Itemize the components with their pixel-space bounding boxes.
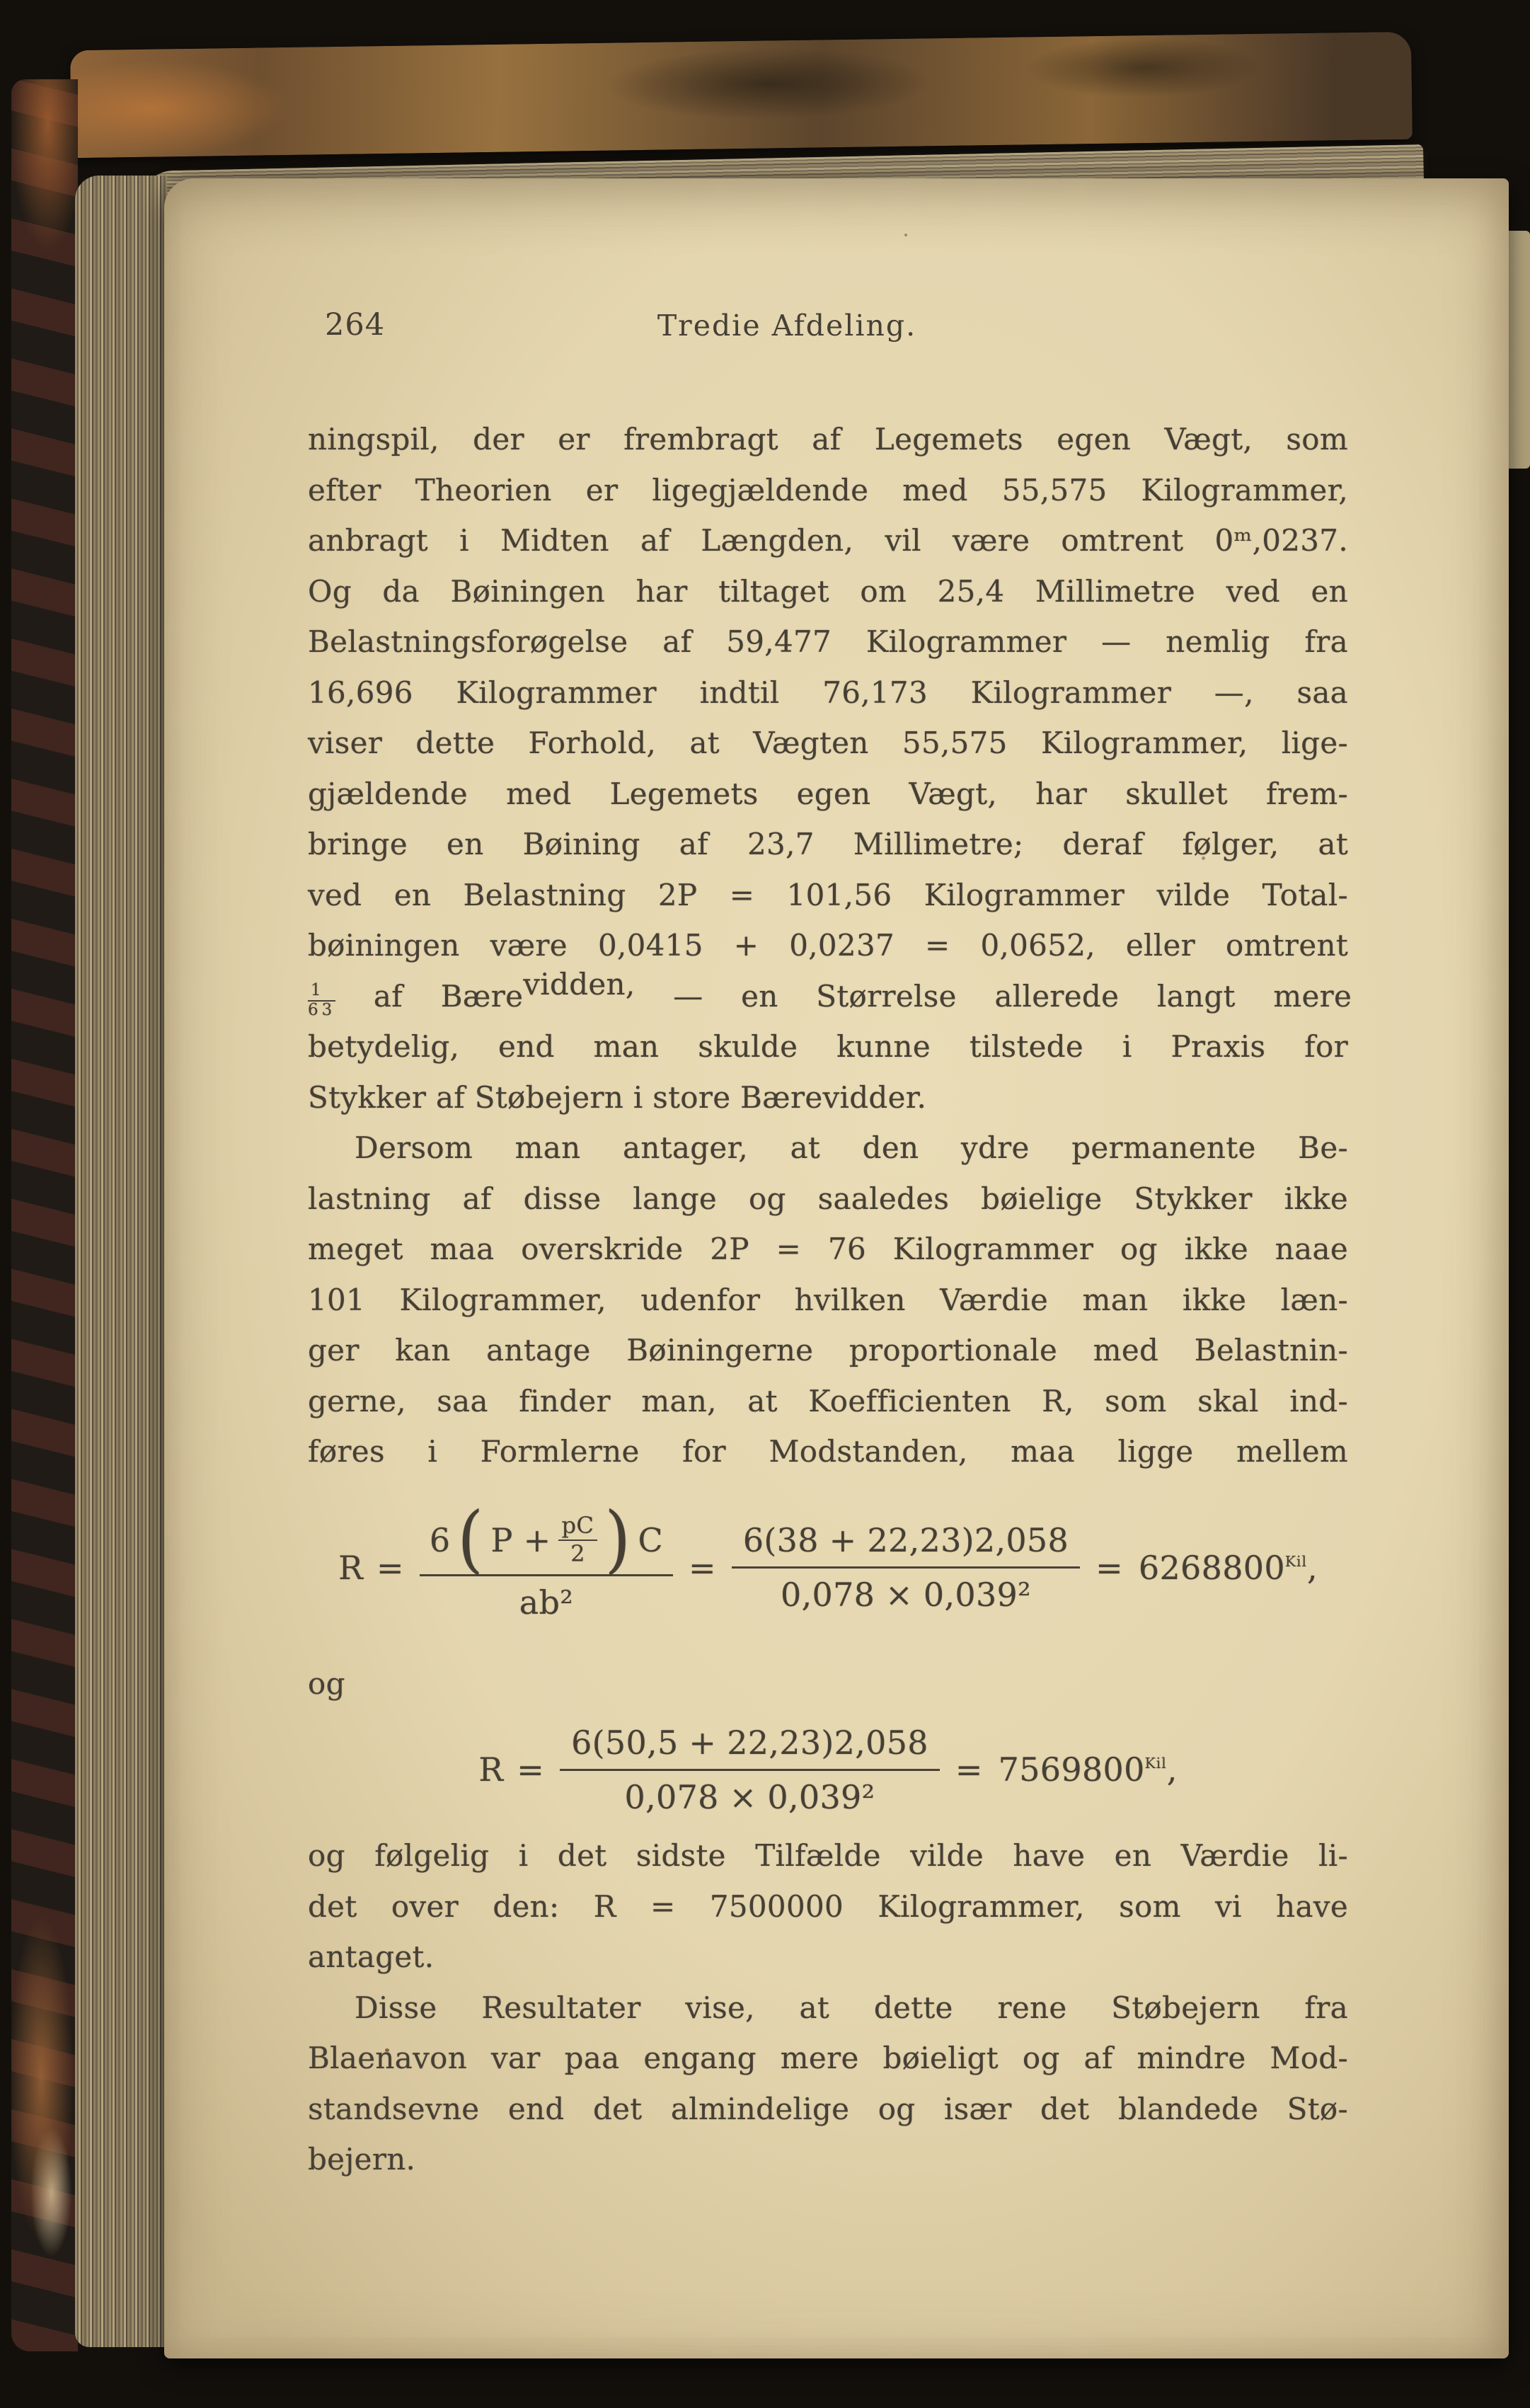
text-line: føres i Formlerne for Modstanden, maa li… bbox=[308, 1426, 1348, 1477]
paragraph-1b: betydelig, end man skulde kunne tilstede… bbox=[308, 1021, 1348, 1123]
book-spine-cover bbox=[11, 79, 78, 2351]
paragraph-4: Disse Resultater vise, at dette rene Stø… bbox=[308, 1983, 1348, 2185]
book-top-leather-edge bbox=[70, 32, 1413, 158]
formula-lhs: R = bbox=[338, 1549, 407, 1587]
inner-fraction-pC-2: pC2 bbox=[558, 1514, 598, 1566]
paper-speck bbox=[904, 234, 907, 236]
text-line: gjældende med Legemets egen Vægt, har sk… bbox=[308, 769, 1348, 820]
text-line: 16,696 Kilogrammer indtil 76,173 Kilogra… bbox=[308, 667, 1348, 718]
text-line: anbragt i Midten af Længden, vil være om… bbox=[308, 515, 1348, 566]
text-line: Belastningsforøgelse af 59,477 Kilogramm… bbox=[308, 617, 1348, 667]
text-line: ger kan antage Bøiningerne proportionale… bbox=[308, 1325, 1348, 1376]
fraction-symbolic: 6 ( P + pC2 ) C ab² bbox=[420, 1513, 673, 1621]
raised-text-segment: vidden, bbox=[523, 959, 635, 1010]
text-line: meget maa overskride 2P = 76 Kilogrammer… bbox=[308, 1224, 1348, 1275]
formula-R-numeric: R = 6(50,5 + 22,23)2,058 0,078 × 0,039² … bbox=[308, 1709, 1348, 1830]
text-line: Og da Bøiningen har tiltaget om 25,4 Mil… bbox=[308, 566, 1348, 617]
paragraph-1a: ningspil, der er frembragt af Legemets e… bbox=[308, 414, 1348, 971]
text-line: standsevne end det almindelige og især d… bbox=[308, 2084, 1348, 2135]
book-left-page-edges bbox=[75, 176, 167, 2347]
text-line: efter Theorien er ligegjældende med 55,5… bbox=[308, 465, 1348, 516]
body-text: ningspil, der er frembragt af Legemets e… bbox=[308, 414, 1348, 2185]
text-line: ningspil, der er frembragt af Legemets e… bbox=[308, 414, 1348, 465]
text-segment: — en Størrelse allerede langt mere bbox=[635, 979, 1352, 1014]
fraction-numeric: 6(50,5 + 22,23)2,058 0,078 × 0,039² bbox=[560, 1724, 940, 1816]
page: 264 Tredie Afdeling. ningspil, der er fr… bbox=[164, 178, 1509, 2358]
big-paren-open: ( bbox=[457, 1511, 483, 1570]
formula-result: 7569800Kil, bbox=[999, 1750, 1178, 1789]
text-line-og: og bbox=[308, 1658, 1348, 1709]
section-header: Tredie Afdeling. bbox=[267, 309, 1307, 343]
paragraph-3: og følgelig i det sidste Tilfælde vilde … bbox=[308, 1830, 1348, 1983]
fraction-1-63: 163 bbox=[308, 982, 335, 1019]
text-line: gerne, saa finder man, at Koefficienten … bbox=[308, 1376, 1348, 1427]
text-line: betydelig, end man skulde kunne tilstede… bbox=[308, 1021, 1348, 1072]
paragraph-2: Dersom man antager, at den ydre permanen… bbox=[308, 1123, 1348, 1477]
text-line: 101 Kilogrammer, udenfor hvilken Værdie … bbox=[308, 1275, 1348, 1326]
text-line: bejern. bbox=[308, 2134, 1348, 2185]
text-line: viser dette Forhold, at Vægten 55,575 Ki… bbox=[308, 718, 1348, 769]
formula-result: 6268800Kil, bbox=[1139, 1549, 1318, 1587]
formula-R-general: R = 6 ( P + pC2 ) C ab² = 6(38 + 22,23)2… bbox=[308, 1477, 1348, 1658]
formula-lhs: R = bbox=[478, 1750, 547, 1789]
text-line: lastning af disse lange og saaledes bøie… bbox=[308, 1174, 1348, 1225]
fraction-numeric: 6(38 + 22,23)2,058 0,078 × 0,039² bbox=[732, 1521, 1080, 1614]
text-line: Stykker af Støbejern i store Bærevidder. bbox=[308, 1072, 1348, 1123]
book-photo: { "page": { "number": "264", "header": "… bbox=[0, 0, 1530, 2408]
text-line: bøiningen være 0,0415 + 0,0237 = 0,0652,… bbox=[308, 920, 1348, 971]
running-head: 264 Tredie Afdeling. bbox=[308, 307, 1348, 350]
text-line: bringe en Bøining af 23,7 Millimetre; de… bbox=[308, 819, 1348, 870]
text-line: det over den: R = 7500000 Kilogrammer, s… bbox=[308, 1881, 1348, 1932]
text-line: antaget. bbox=[308, 1932, 1348, 1983]
text-line: Disse Resultater vise, at dette rene Stø… bbox=[308, 1983, 1348, 2034]
text-line: og følgelig i det sidste Tilfælde vilde … bbox=[308, 1830, 1348, 1881]
big-paren-close: ) bbox=[604, 1511, 631, 1570]
text-line: ved en Belastning 2P = 101,56 Kilogramme… bbox=[308, 870, 1348, 921]
text-line-with-fraction: 163 af Bærevidden, — en Størrelse allere… bbox=[308, 971, 1348, 1022]
text-line: Dersom man antager, at den ydre permanen… bbox=[308, 1123, 1348, 1174]
text-segment: af Bære bbox=[335, 979, 523, 1014]
text-line: Blaenavon var paa engang mere bøieligt o… bbox=[308, 2033, 1348, 2084]
